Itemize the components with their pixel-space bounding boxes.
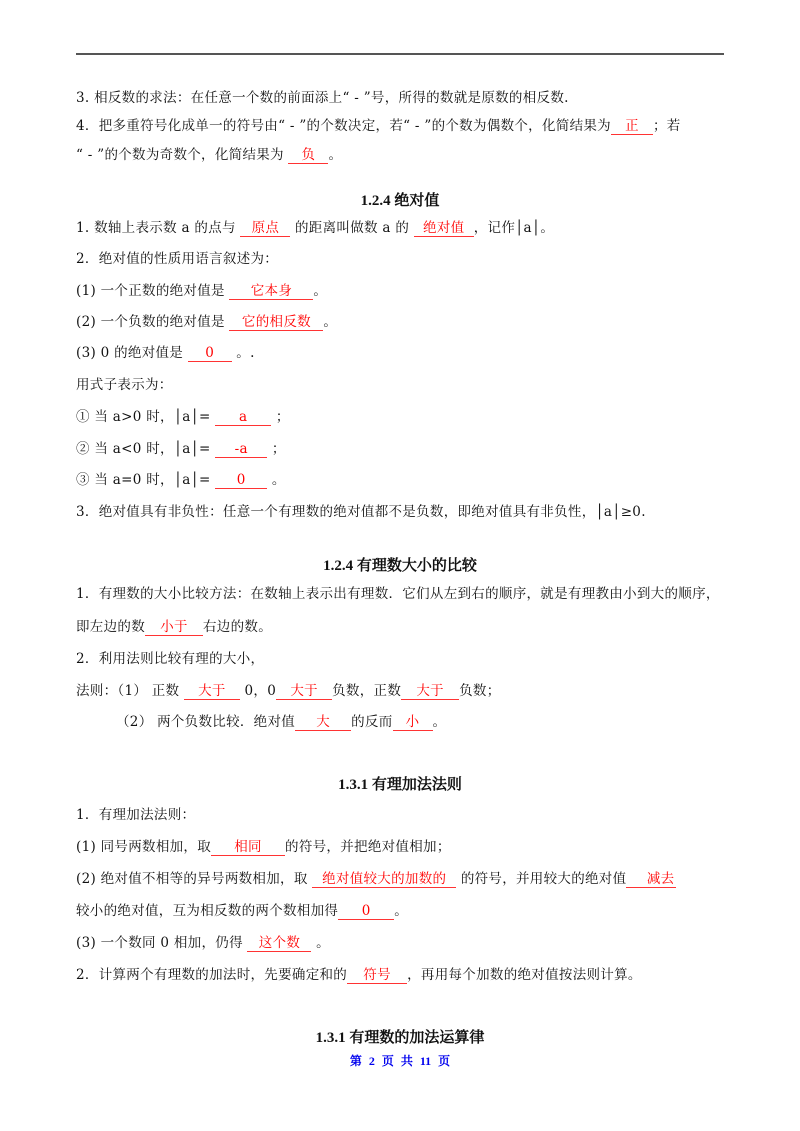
- paragraph-properties: 2．绝对值的性质用语言叙述为：: [76, 250, 278, 268]
- text: ，记作│a│。: [474, 220, 554, 236]
- text: 1．有理数的大小比较方法：在数轴上表示出有理数．它们从左到右的顺序，就是有理教由…: [76, 586, 720, 602]
- text: 的符号，并用较大的绝对值: [461, 871, 627, 887]
- paragraph-non-negativity: 3．绝对值具有非负性：任意一个有理数的绝对值都不是负数，即绝对值具有非负性，│a…: [76, 503, 646, 521]
- text: 1．有理加法法则：: [76, 807, 195, 823]
- answer-blank: a: [215, 410, 271, 426]
- answer-blank: 0: [215, 473, 267, 489]
- text: 0，0: [245, 683, 277, 699]
- text: ① 当 a>0 时，│a│=: [76, 409, 211, 425]
- section-title-comparison: 1.2.4 有理数大小的比较: [0, 556, 800, 576]
- text: 。: [272, 472, 286, 488]
- formula-positive: ① 当 a>0 时，│a│= a ；: [76, 408, 290, 426]
- text: 2．绝对值的性质用语言叙述为：: [76, 251, 278, 267]
- text: “ - ”的个数为奇数个，化简结果为: [76, 147, 284, 163]
- text: 即左边的数: [76, 619, 145, 635]
- text: 。: [323, 314, 337, 330]
- answer-blank: 大于: [401, 684, 459, 700]
- text: ；若: [653, 118, 681, 134]
- text: 1. 数轴上表示数 a 的点与: [76, 220, 236, 236]
- section-title-addition-laws: 1.3.1 有理数的加法运算律: [0, 1028, 800, 1048]
- answer-blank: 原点: [240, 221, 290, 237]
- answer-blank: -a: [215, 442, 267, 458]
- paragraph-zero: (3) 0 的绝对值是 0 。.: [76, 344, 255, 362]
- text: (1) 同号两数相加，取: [76, 839, 211, 855]
- answer-blank: 0: [338, 904, 394, 920]
- text: (1) 一个正数的绝对值是: [76, 283, 225, 299]
- paragraph-comparison-left-right: 即左边的数小于右边的数。: [76, 618, 272, 636]
- text: ；: [276, 409, 290, 425]
- answer-blank: 它本身: [229, 284, 313, 300]
- text: 。: [433, 714, 447, 730]
- answer-blank: 大于: [276, 684, 332, 700]
- answer-blank: 小: [393, 715, 433, 731]
- paragraph-definition: 1. 数轴上表示数 a 的点与 原点 的距离叫做数 a 的 绝对值，记作│a│。: [76, 219, 554, 237]
- text: 2．计算两个有理数的加法时，先要确定和的: [76, 967, 347, 983]
- section-title-absolute-value: 1.2.4 绝对值: [0, 191, 800, 211]
- paragraph-negative: (2) 一个负数的绝对值是 它的相反数。: [76, 313, 337, 331]
- paragraph-add-zero: (3) 一个数同 0 相加，仍得 这个数 。: [76, 934, 330, 952]
- text: 3．绝对值具有非负性：任意一个有理数的绝对值都不是负数，即绝对值具有非负性，│a…: [76, 504, 646, 520]
- section-title-addition-rules: 1.3.1 有理加法法则: [0, 775, 800, 795]
- text: ，再用每个加数的绝对值按法则计算。: [407, 967, 642, 983]
- text: 3. 相反数的求法：在任意一个数的前面添上“ - ”号，所得的数就是原数的相反数…: [76, 90, 569, 106]
- paragraph-sign-simplification-cont: “ - ”的个数为奇数个，化简结果为 负。: [76, 146, 342, 164]
- answer-blank: 相同: [211, 840, 285, 856]
- text: 的距离叫做数 a 的: [295, 220, 409, 236]
- text: （2） 两个负数比较．绝对值: [116, 714, 295, 730]
- paragraph-sign-simplification: 4．把多重符号化成单一的符号由“ - ”的个数决定，若“ - ”的个数为偶数个，…: [76, 117, 681, 135]
- answer-blank: 负: [288, 148, 328, 164]
- answer-blank: 大于: [184, 684, 240, 700]
- paragraph-opposite-number: 3. 相反数的求法：在任意一个数的前面添上“ - ”号，所得的数就是原数的相反数…: [76, 89, 569, 107]
- formula-zero: ③ 当 a=0 时，│a│= 0 。: [76, 471, 286, 489]
- text: (2) 绝对值不相等的异号两数相加，取: [76, 871, 308, 887]
- text: 。: [313, 283, 327, 299]
- answer-blank: 小于: [145, 620, 203, 636]
- text: 用式子表示为：: [76, 377, 173, 393]
- text: (3) 一个数同 0 相加，仍得: [76, 935, 243, 951]
- text: 的符号，并把绝对值相加；: [285, 839, 451, 855]
- paragraph-different-sign: (2) 绝对值不相等的异号两数相加，取 绝对值较大的加数的 的符号，并用较大的绝…: [76, 870, 676, 888]
- text: 法则：（1） 正数: [76, 683, 179, 699]
- text: 。: [394, 903, 408, 919]
- text: 2．利用法则比较有理的大小，: [76, 651, 264, 667]
- text: ③ 当 a=0 时，│a│=: [76, 472, 211, 488]
- answer-blank: 大: [295, 715, 351, 731]
- answer-blank: 绝对值较大的加数的: [312, 872, 456, 888]
- paragraph-different-sign-cont: 较小的绝对值，互为相反数的两个数相加得0。: [76, 902, 408, 920]
- text: ；: [272, 441, 286, 457]
- paragraph-rule-1: 法则：（1） 正数 大于 0，0大于负数，正数大于负数；: [76, 682, 501, 700]
- paragraph-formula-intro: 用式子表示为：: [76, 376, 173, 394]
- text: 。: [316, 935, 330, 951]
- text: (2) 一个负数的绝对值是: [76, 314, 225, 330]
- text: 较小的绝对值，互为相反数的两个数相加得: [76, 903, 338, 919]
- paragraph-addition-rules: 1．有理加法法则：: [76, 806, 195, 824]
- answer-blank: 这个数: [247, 936, 311, 952]
- page-number: 第 2 页 共 11 页: [0, 1052, 800, 1069]
- paragraph-addition-procedure: 2．计算两个有理数的加法时，先要确定和的符号，再用每个加数的绝对值按法则计算。: [76, 966, 642, 984]
- answer-blank: 0: [188, 346, 232, 362]
- paragraph-rule-intro: 2．利用法则比较有理的大小，: [76, 650, 264, 668]
- answer-blank: 正: [611, 119, 653, 135]
- paragraph-positive: (1) 一个正数的绝对值是 它本身。: [76, 282, 327, 300]
- text: 。.: [236, 345, 254, 361]
- text: 。: [328, 147, 342, 163]
- text: 右边的数。: [203, 619, 272, 635]
- text: (3) 0 的绝对值是: [76, 345, 183, 361]
- answer-blank: 它的相反数: [229, 315, 323, 331]
- paragraph-rule-2: （2） 两个负数比较．绝对值大的反而小。: [116, 713, 446, 731]
- answer-blank: 符号: [347, 968, 407, 984]
- paragraph-comparison-method: 1．有理数的大小比较方法：在数轴上表示出有理数．它们从左到右的顺序，就是有理教由…: [76, 585, 720, 603]
- formula-negative: ② 当 a<0 时，│a│= -a ；: [76, 440, 286, 458]
- text: 负数，正数: [332, 683, 401, 699]
- header-rule: [76, 53, 724, 55]
- text: ② 当 a<0 时，│a│=: [76, 441, 211, 457]
- paragraph-same-sign: (1) 同号两数相加，取相同的符号，并把绝对值相加；: [76, 838, 451, 856]
- answer-blank: 减去: [626, 872, 676, 888]
- text: 4．把多重符号化成单一的符号由“ - ”的个数决定，若“ - ”的个数为偶数个，…: [76, 118, 611, 134]
- text: 的反而: [351, 714, 392, 730]
- answer-blank: 绝对值: [414, 221, 474, 237]
- text: 负数；: [459, 683, 500, 699]
